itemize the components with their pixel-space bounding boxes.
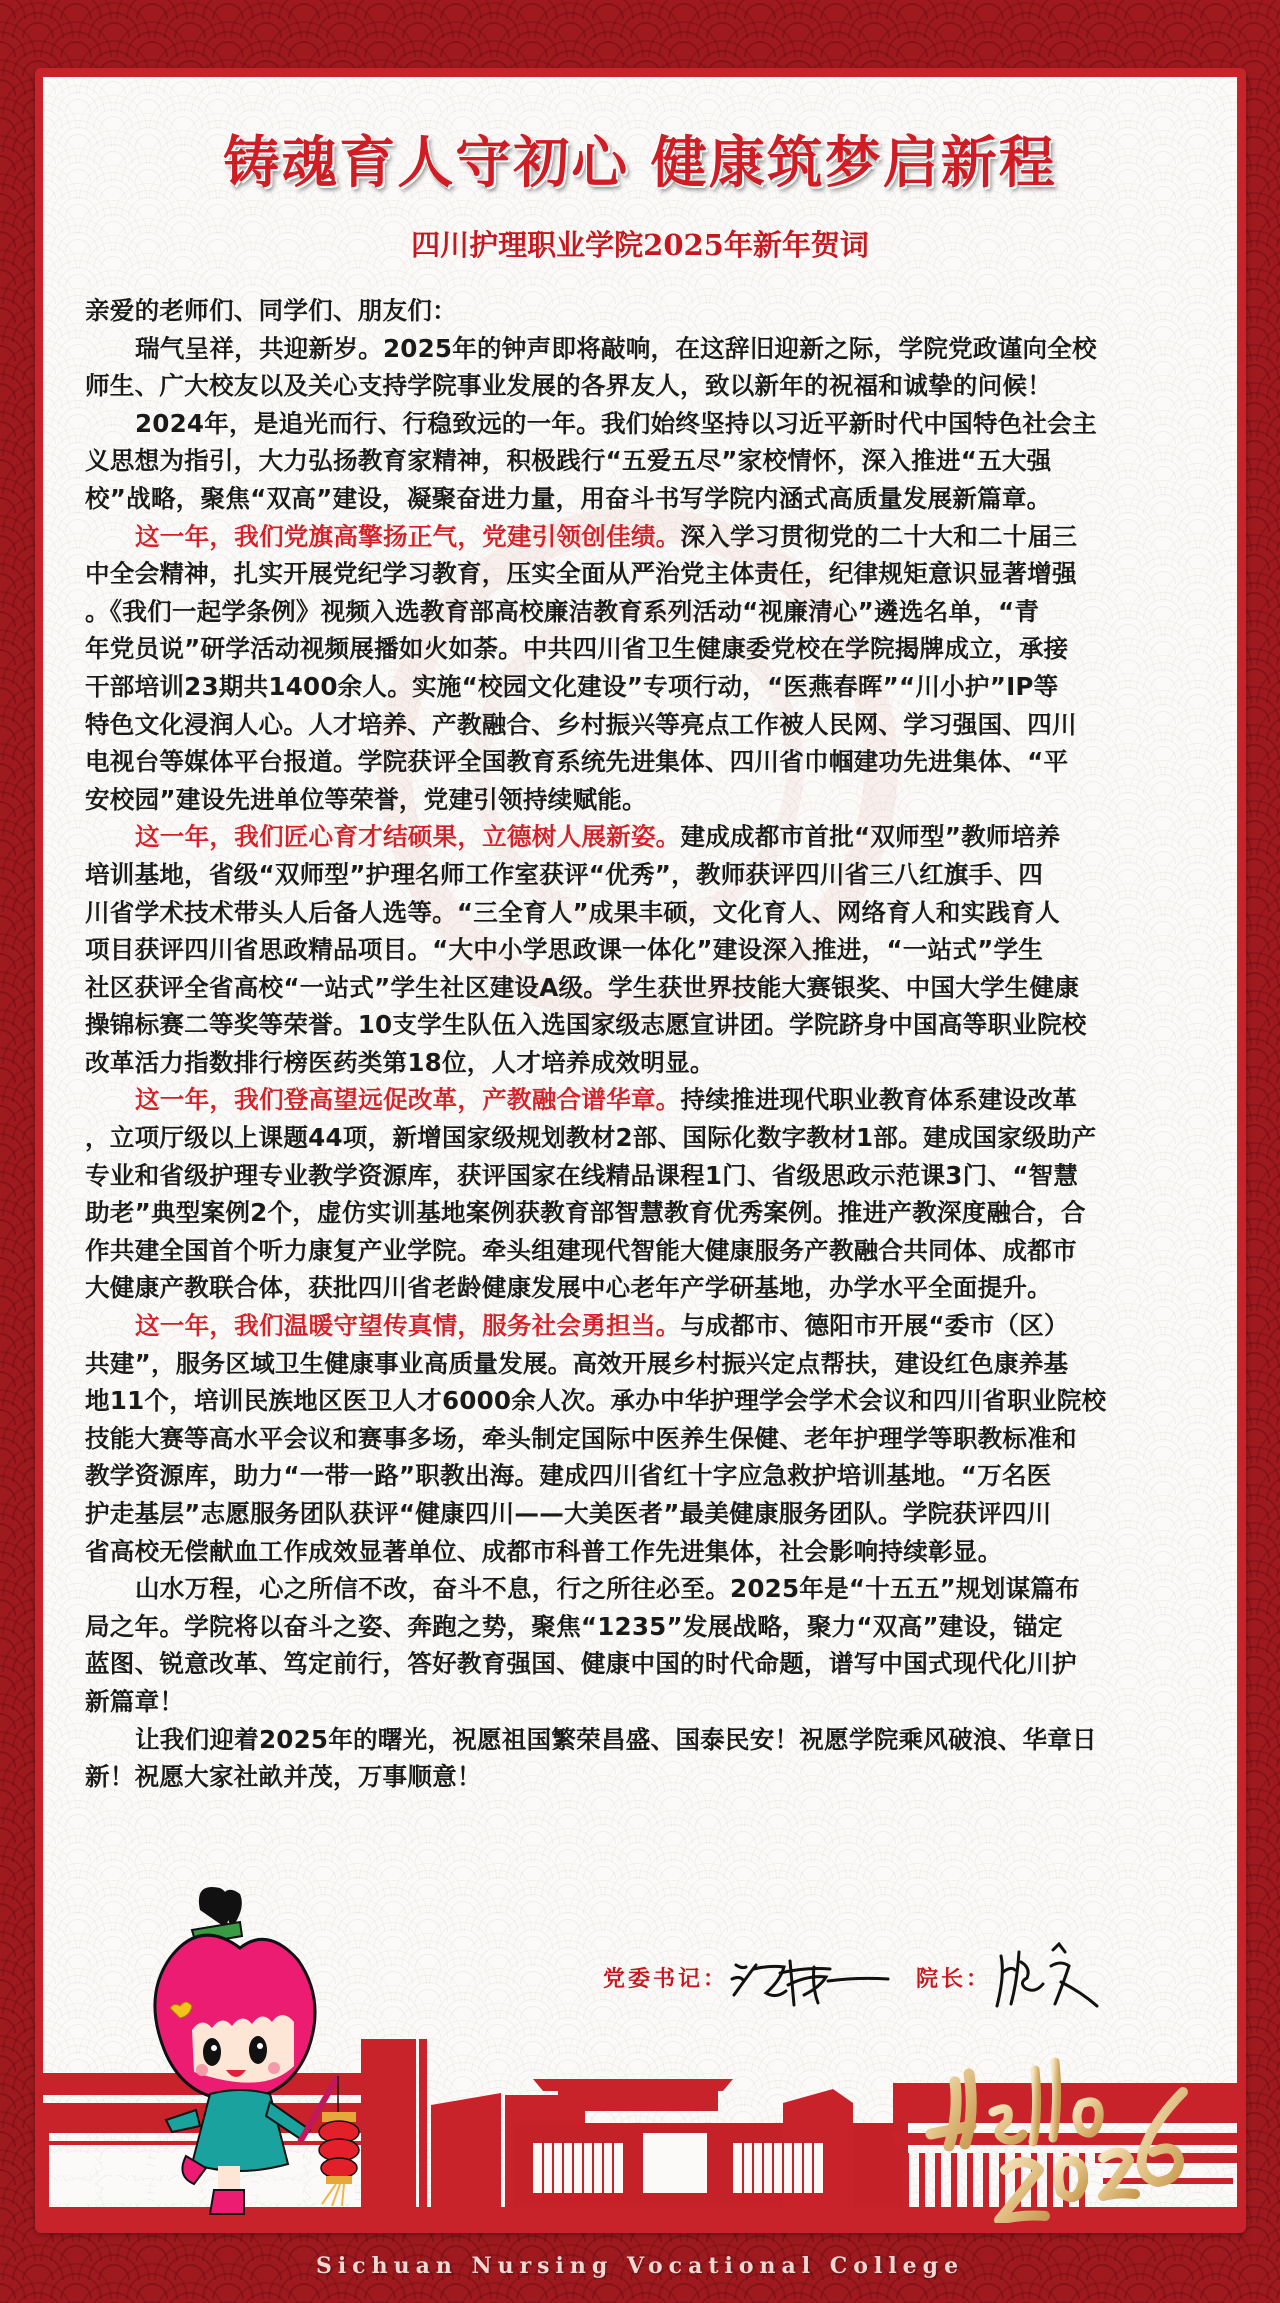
page-title: 铸魂育人守初心 健康筑梦启新程 <box>43 119 1237 199</box>
mascot-icon <box>100 1880 380 2220</box>
line-text: 校”战略，聚焦“双高”建设，凝聚奋进力量，用奋斗书写学院内涵式高质量发展新篇章。 <box>85 484 1051 513</box>
letter-line: 师生、广大校友以及关心支持学院事业发展的各界友人，致以新年的祝福和诚挚的问候！ <box>85 367 1195 405</box>
line-text: 年党员说”研学活动视频展播如火如荼。中共四川省卫生健康委党校在学院揭牌成立，承接 <box>85 634 1068 663</box>
secretary-label: 党委书记： <box>603 1962 728 1993</box>
line-text: 建成成都市首批“双师型”教师培养 <box>680 822 1060 851</box>
highlight-heading: 这一年，我们温暖守望传真情，服务社会勇担当。 <box>135 1311 680 1340</box>
highlight-heading: 这一年，我们匠心育才结硕果，立德树人展新姿。 <box>135 822 680 851</box>
footer-college-name: Sichuan Nursing Vocational College <box>0 2253 1280 2279</box>
poster-frame: 铸魂育人守初心 健康筑梦启新程 四川护理职业学院2025年新年贺词 亲爱的老师们… <box>35 68 1246 2233</box>
line-text: 中全会精神，扎实开展党纪学习教育，压实全面从严治党主体责任，纪律规矩意识显著增强 <box>85 559 1077 588</box>
letter-line: 社区获评全省高校“一站式”学生社区建设A级。学生获世界技能大赛银奖、中国大学生健… <box>85 969 1195 1007</box>
letter-line: 这一年，我们匠心育才结硕果，立德树人展新姿。建成成都市首批“双师型”教师培养 <box>85 818 1195 856</box>
letter-line: 大健康产教联合体，获批四川省老龄健康发展中心老年产学研基地，办学水平全面提升。 <box>85 1269 1195 1307</box>
letter-line: 2024年，是追光而行、行稳致远的一年。我们始终坚持以习近平新时代中国特色社会主 <box>85 405 1195 443</box>
line-text: 操锦标赛二等奖等荣誉。10支学生队伍入选国家级志愿宣讲团。学院跻身中国高等职业院… <box>85 1010 1087 1039</box>
letter-line: 技能大赛等高水平会议和赛事多场，牵头制定国际中医养生保健、老年护理学等职教标准和 <box>85 1420 1195 1458</box>
line-text: 持续推进现代职业教育体系建设改革 <box>680 1085 1077 1114</box>
letter-line: 让我们迎着2025年的曙光，祝愿祖国繁荣昌盛、国泰民安！祝愿学院乘风破浪、华章日 <box>85 1721 1195 1759</box>
line-text: 新篇章！ <box>85 1687 184 1716</box>
letter-line: 作共建全国首个听力康复产业学院。牵头组建现代智能大健康服务产教融合共同体、成都市 <box>85 1232 1195 1270</box>
president-label: 院长： <box>916 1962 991 1993</box>
letter-line: 新篇章！ <box>85 1683 1195 1721</box>
line-text: 瑞气呈祥，共迎新岁。2025年的钟声即将敲响，在这辞旧迎新之际，学院党政谨向全校 <box>135 334 1097 363</box>
letter-line: 助老”典型案例2个，虚仿实训基地案例获教育部智慧教育优秀案例。推进产教深度融合，… <box>85 1194 1195 1232</box>
line-text: 2024年，是追光而行、行稳致远的一年。我们始终坚持以习近平新时代中国特色社会主 <box>135 409 1097 438</box>
page-subtitle: 四川护理职业学院2025年新年贺词 <box>43 223 1237 264</box>
letter-line: ，立项厅级以上课题44项，新增国家级规划教材2部、国际化数字教材1部。建成国家级… <box>85 1119 1195 1157</box>
highlight-heading: 这一年，我们党旗高擎扬正气，党建引领创佳绩。 <box>135 522 680 551</box>
line-text: 。《我们一起学条例》视频入选教育部高校廉洁教育系列活动“视廉清心”遴选名单，“青 <box>85 597 1039 626</box>
line-text: 局之年。学院将以奋斗之姿、奔跑之势，聚焦“1235”发展战略，聚力“双高”建设，… <box>85 1612 1063 1641</box>
line-text: 新！祝愿大家社畝并茂，万事顺意！ <box>85 1762 482 1791</box>
letter-line: 专业和省级护理专业教学资源库，获评国家在线精品课程1门、省级思政示范课3门、“智… <box>85 1157 1195 1195</box>
line-text: 共建”，服务区域卫生健康事业高质量发展。高效开展乡村振兴定点帮扶，建设红色康养基 <box>85 1349 1068 1378</box>
letter-line: 这一年，我们温暖守望传真情，服务社会勇担当。与成都市、德阳市开展“委市（区） <box>85 1307 1195 1345</box>
line-text: 让我们迎着2025年的曙光，祝愿祖国繁荣昌盛、国泰民安！祝愿学院乘风破浪、华章日 <box>135 1725 1097 1754</box>
line-text: 义思想为指引，大力弘扬教育家精神，积极践行“五爱五尽”家校情怀，深入推进“五大强 <box>85 446 1051 475</box>
letter-line: 项目获评四川省思政精品项目。“大中小学思政课一体化”建设深入推进，“一站式”学生 <box>85 931 1195 969</box>
letter-line: 中全会精神，扎实开展党纪学习教育，压实全面从严治党主体责任，纪律规矩意识显著增强 <box>85 555 1195 593</box>
line-text: 川省学术技术带头人后备人选等。“三全育人”成果丰硕，文化育人、网络育人和实践育人 <box>85 898 1060 927</box>
letter-line: 校”战略，聚焦“双高”建设，凝聚奋进力量，用奋斗书写学院内涵式高质量发展新篇章。 <box>85 480 1195 518</box>
letter-line: 共建”，服务区域卫生健康事业高质量发展。高效开展乡村振兴定点帮扶，建设红色康养基 <box>85 1345 1195 1383</box>
line-text: 改革活力指数排行榜医药类第18位，人才培养成效明显。 <box>85 1048 715 1077</box>
letter-line: 特色文化浸润人心。人才培养、产教融合、乡村振兴等亮点工作被人民网、学习强国、四川 <box>85 706 1195 744</box>
letter-line: 义思想为指引，大力弘扬教育家精神，积极践行“五爱五尽”家校情怀，深入推进“五大强 <box>85 442 1195 480</box>
letter-line: 改革活力指数排行榜医药类第18位，人才培养成效明显。 <box>85 1044 1195 1082</box>
line-text: 电视台等媒体平台报道。学院获评全国教育系统先进集体、四川省巾帼建功先进集体、“平 <box>85 747 1068 776</box>
line-text: 深入学习贯彻党的二十大和二十届三 <box>680 522 1077 551</box>
line-text: 与成都市、德阳市开展“委市（区） <box>680 1311 1068 1340</box>
letter-line: 蓝图、锐意改革、笃定前行，答好教育强国、健康中国的时代命题，谱写中国式现代化川护 <box>85 1645 1195 1683</box>
line-text: 干部培训23期共1400余人。实施“校园文化建设”专项行动，“医燕春晖”“川小护… <box>85 672 1058 701</box>
line-text: 安校园”建设先进单位等荣誉，党建引领持续赋能。 <box>85 785 647 814</box>
letter-paper: 铸魂育人守初心 健康筑梦启新程 四川护理职业学院2025年新年贺词 亲爱的老师们… <box>43 77 1237 2223</box>
line-text: 技能大赛等高水平会议和赛事多场，牵头制定国际中医养生保健、老年护理学等职教标准和 <box>85 1424 1077 1453</box>
line-text: 山水万程，心之所信不改，奋斗不息，行之所往必至。2025年是“十五五”规划谋篇布 <box>135 1574 1080 1603</box>
line-text: 培训基地，省级“双师型”护理名师工作室获评“优秀”，教师获评四川省三八红旗手、四 <box>85 860 1043 889</box>
letter-line: 电视台等媒体平台报道。学院获评全国教育系统先进集体、四川省巾帼建功先进集体、“平 <box>85 743 1195 781</box>
letter-line: 。《我们一起学条例》视频入选教育部高校廉洁教育系列活动“视廉清心”遴选名单，“青 <box>85 593 1195 631</box>
letter-greeting: 亲爱的老师们、同学们、朋友们： <box>85 292 1195 330</box>
letter-line: 新！祝愿大家社畝并茂，万事顺意！ <box>85 1758 1195 1796</box>
line-text: 专业和省级护理专业教学资源库，获评国家在线精品课程1门、省级思政示范课3门、“智… <box>85 1161 1078 1190</box>
letter-line: 教学资源库，助力“一带一路”职教出海。建成四川省红十字应急救护培训基地。“万名医 <box>85 1457 1195 1495</box>
line-text: 地11个，培训民族地区医卫人才6000余人次。承办中华护理学会学术会议和四川省职… <box>85 1386 1106 1415</box>
hello-2025-lettering-icon <box>913 2052 1213 2223</box>
line-text: 助老”典型案例2个，虚仿实训基地案例获教育部智慧教育优秀案例。推进产教深度融合，… <box>85 1198 1086 1227</box>
highlight-heading: 这一年，我们登高望远促改革，产教融合谱华章。 <box>135 1085 680 1114</box>
line-text: 师生、广大校友以及关心支持学院事业发展的各界友人，致以新年的祝福和诚挚的问候！ <box>85 371 1052 400</box>
letter-paragraphs: 瑞气呈祥，共迎新岁。2025年的钟声即将敲响，在这辞旧迎新之际，学院党政谨向全校… <box>85 330 1195 1796</box>
letter-line: 川省学术技术带头人后备人选等。“三全育人”成果丰硕，文化育人、网络育人和实践育人 <box>85 894 1195 932</box>
letter-line: 护走基层”志愿服务团队获评“健康四川——大美医者”最美健康服务团队。学院获评四川 <box>85 1495 1195 1533</box>
letter-line: 省高校无偿献血工作成效显著单位、成都市科普工作先进集体，社会影响持续彰显。 <box>85 1533 1195 1571</box>
letter-line: 年党员说”研学活动视频展播如火如荼。中共四川省卫生健康委党校在学院揭牌成立，承接 <box>85 630 1195 668</box>
letter-line: 这一年，我们党旗高擎扬正气，党建引领创佳绩。深入学习贯彻党的二十大和二十届三 <box>85 518 1195 556</box>
line-text: 社区获评全省高校“一站式”学生社区建设A级。学生获世界技能大赛银奖、中国大学生健… <box>85 973 1079 1002</box>
letter-line: 瑞气呈祥，共迎新岁。2025年的钟声即将敲响，在这辞旧迎新之际，学院党政谨向全校 <box>85 330 1195 368</box>
letter-line: 局之年。学院将以奋斗之姿、奔跑之势，聚焦“1235”发展战略，聚力“双高”建设，… <box>85 1608 1195 1646</box>
letter-line: 山水万程，心之所信不改，奋斗不息，行之所往必至。2025年是“十五五”规划谋篇布 <box>85 1570 1195 1608</box>
letter-line: 地11个，培训民族地区医卫人才6000余人次。承办中华护理学会学术会议和四川省职… <box>85 1382 1195 1420</box>
line-text: 蓝图、锐意改革、笃定前行，答好教育强国、健康中国的时代命题，谱写中国式现代化川护 <box>85 1649 1077 1678</box>
line-text: 护走基层”志愿服务团队获评“健康四川——大美医者”最美健康服务团队。学院获评四川 <box>85 1499 1051 1528</box>
letter-body: 亲爱的老师们、同学们、朋友们： 瑞气呈祥，共迎新岁。2025年的钟声即将敲响，在… <box>85 292 1195 1796</box>
letter-line: 干部培训23期共1400余人。实施“校园文化建设”专项行动，“医燕春晖”“川小护… <box>85 668 1195 706</box>
line-text: 省高校无偿献血工作成效显著单位、成都市科普工作先进集体，社会影响持续彰显。 <box>85 1537 1002 1566</box>
line-text: 作共建全国首个听力康复产业学院。牵头组建现代智能大健康服务产教融合共同体、成都市 <box>85 1236 1077 1265</box>
line-text: 特色文化浸润人心。人才培养、产教融合、乡村振兴等亮点工作被人民网、学习强国、四川 <box>85 710 1077 739</box>
line-text: 教学资源库，助力“一带一路”职教出海。建成四川省红十字应急救护培训基地。“万名医 <box>85 1461 1051 1490</box>
line-text: 项目获评四川省思政精品项目。“大中小学思政课一体化”建设深入推进，“一站式”学生 <box>85 935 1043 964</box>
letter-line: 培训基地，省级“双师型”护理名师工作室获评“优秀”，教师获评四川省三八红旗手、四 <box>85 856 1195 894</box>
letter-line: 安校园”建设先进单位等荣誉，党建引领持续赋能。 <box>85 781 1195 819</box>
letter-line: 操锦标赛二等奖等荣誉。10支学生队伍入选国家级志愿宣讲团。学院跻身中国高等职业院… <box>85 1006 1195 1044</box>
letter-line: 这一年，我们登高望远促改革，产教融合谱华章。持续推进现代职业教育体系建设改革 <box>85 1081 1195 1119</box>
line-text: 大健康产教联合体，获批四川省老龄健康发展中心老年产学研基地，办学水平全面提升。 <box>85 1273 1052 1302</box>
line-text: ，立项厅级以上课题44项，新增国家级规划教材2部、国际化数字教材1部。建成国家级… <box>85 1123 1096 1152</box>
